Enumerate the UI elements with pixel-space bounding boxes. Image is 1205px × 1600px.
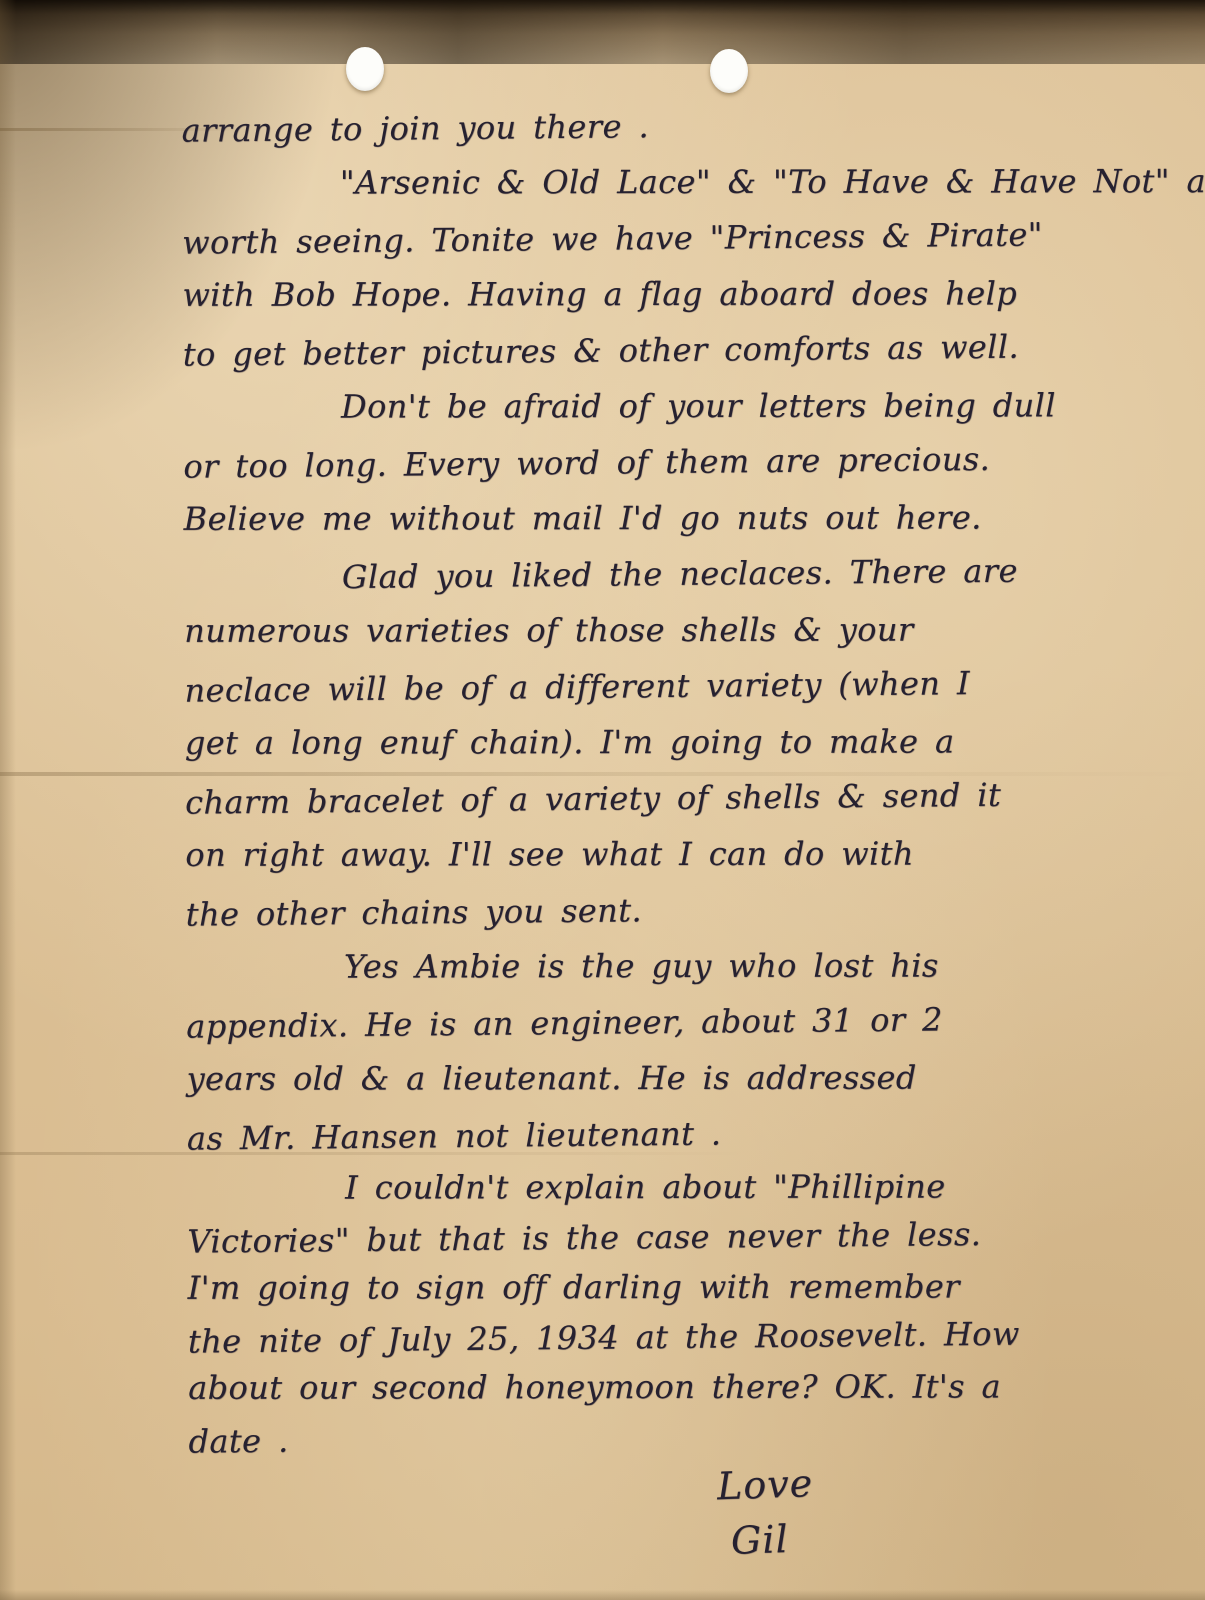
letter-line-text: charm bracelet of a variety of shells & … (185, 776, 1001, 822)
signature-name: Gil (730, 1510, 816, 1569)
letter-line: about our second honeymoon there? OK. It… (188, 1361, 1158, 1413)
letter-line: "Arsenic & Old Lace" & "To Have & Have N… (182, 153, 1152, 211)
letter-line-text: numerous varieties of those shells & you… (184, 611, 913, 650)
letter-line: or too long. Every word of them are prec… (183, 429, 1153, 494)
letter-line-text: appendix. He is an engineer, about 31 or… (186, 1000, 943, 1045)
letter-line: Don't be afraid of your letters being du… (183, 377, 1153, 435)
letter-line-text: as Mr. Hansen not lieutenant . (187, 1115, 722, 1158)
letter-line-text: Yes Ambie is the guy who lost his (344, 947, 939, 986)
letter-line-text: arrange to join you there . (181, 107, 649, 149)
letter-line: Yes Ambie is the guy who lost his (186, 937, 1156, 995)
letter-line: date . (188, 1407, 1158, 1466)
letter-line-text: Victories" but that is the case never th… (187, 1215, 981, 1261)
letter-line: the nite of July 25, 1934 at the Rooseve… (188, 1307, 1158, 1366)
letter-line-text: years old & a lieutenant. He is addresse… (187, 1059, 917, 1098)
letter-line: Believe me without mail I'd go nuts out … (184, 489, 1154, 547)
letter-line: the other chains you sent. (185, 877, 1155, 942)
letter-line: years old & a lieutenant. He is addresse… (187, 1049, 1157, 1107)
paper-top-edge-shadow (0, 0, 1205, 64)
letter-body: arrange to join you there . "Arsenic & O… (181, 95, 1158, 1464)
letter-line: I'm going to sign off darling with remem… (188, 1261, 1158, 1313)
paper-bottom-edge-shading (0, 1590, 1205, 1600)
letter-line: I couldn't explain about "Phillipine (187, 1161, 1157, 1213)
punch-hole-left (346, 47, 384, 91)
letter-line-text: on right away. I'll see what I can do wi… (185, 835, 914, 874)
letter-line-text: Believe me without mail I'd go nuts out … (184, 498, 982, 537)
letter-line: charm bracelet of a variety of shells & … (185, 765, 1155, 830)
letter-line: Glad you liked the neclaces. There are (184, 541, 1154, 606)
letter-line-text: worth seeing. Tonite we have "Princess &… (182, 215, 1043, 261)
letter-line-text: date . (188, 1422, 288, 1461)
paper-left-edge-shading (0, 0, 16, 1600)
letter-line: appendix. He is an engineer, about 31 or… (186, 989, 1156, 1054)
punch-hole-right (710, 49, 748, 93)
letter-line: on right away. I'll see what I can do wi… (185, 825, 1155, 883)
letter-line: with Bob Hope. Having a flag aboard does… (182, 265, 1152, 323)
letter-line: to get better pictures & other comforts … (183, 317, 1153, 382)
letter-line-text: with Bob Hope. Having a flag aboard does… (182, 274, 1017, 313)
closing-word: Love (716, 1456, 814, 1513)
letter-line: neclace will be of a different variety (… (184, 653, 1154, 718)
letter-line-text: neclace will be of a different variety (… (184, 664, 970, 710)
letter-page: arrange to join you there . "Arsenic & O… (0, 0, 1205, 1600)
letter-line-text: "Arsenic & Old Lace" & "To Have & Have N… (340, 162, 1205, 202)
letter-line: get a long enuf chain). I'm going to mak… (185, 713, 1155, 771)
letter-line-text: get a long enuf chain). I'm going to mak… (185, 723, 955, 762)
letter-line-text: Glad you liked the neclaces. There are (342, 552, 1018, 596)
letter-line-text: I'm going to sign off darling with remem… (188, 1267, 960, 1306)
letter-line-text: or too long. Every word of them are prec… (183, 440, 990, 486)
letter-line-text: to get better pictures & other comforts … (183, 328, 1020, 374)
letter-line-text: the other chains you sent. (186, 891, 643, 933)
letter-line-text: I couldn't explain about "Phillipine (345, 1168, 946, 1207)
letter-line-text: the nite of July 25, 1934 at the Rooseve… (188, 1315, 1020, 1361)
letter-line-text: Don't be afraid of your letters being du… (341, 386, 1056, 425)
letter-line: numerous varieties of those shells & you… (184, 601, 1154, 659)
letter-line: arrange to join you there . (181, 93, 1151, 158)
signature-block: Love Gil (698, 1456, 816, 1570)
letter-line: as Mr. Hansen not lieutenant . (187, 1101, 1157, 1166)
letter-line: worth seeing. Tonite we have "Princess &… (182, 205, 1152, 270)
letter-line: Victories" but that is the case never th… (187, 1207, 1157, 1266)
letter-line-text: about our second honeymoon there? OK. It… (188, 1367, 1001, 1406)
